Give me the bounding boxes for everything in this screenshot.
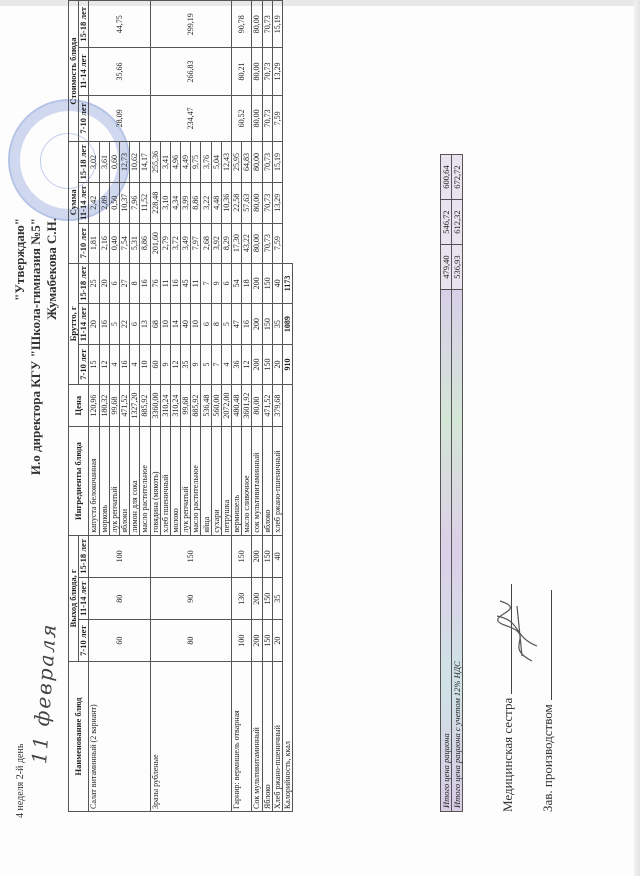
ingredient-name: хлеб ржано-пшеничный (272, 427, 282, 535)
gross-cell: 7 (211, 344, 221, 384)
cost-cell: 234,47 (150, 95, 232, 142)
gross-cell: 6 (221, 263, 231, 304)
gross-cell: 11 (160, 263, 170, 304)
sum-cell: 70,73 (262, 182, 272, 223)
dish-name: Сок мультивитаминный (252, 661, 262, 811)
sum-cell: 0,50 (109, 182, 119, 223)
gross-cell: 16 (119, 344, 129, 384)
totals-table: Итого цена рациона479,40546,72600,64Итог… (440, 154, 463, 812)
yield-cell: 80 (89, 578, 150, 620)
gross-cell: 5 (109, 304, 119, 345)
col-gross-11-14: 11-14 лет (79, 304, 89, 345)
gross-cell: 16 (170, 263, 180, 304)
yield-cell: 20 (272, 620, 282, 662)
price-cell: 310,24 (170, 384, 180, 426)
week-day-label: 4 неделя 2-й день (15, 744, 26, 818)
yield-cell: 200 (252, 578, 262, 620)
gross-cell: 9 (191, 344, 201, 384)
ingredient-name: яблоки (119, 427, 129, 535)
price-cell: 3601,92 (242, 384, 252, 426)
cost-cell: 60,52 (232, 95, 252, 142)
col-sum-group: Сумма (69, 142, 79, 263)
gross-cell: 47 (232, 304, 242, 345)
totals-value: 546,72 (441, 200, 452, 245)
col-ingredients: Ингредиенты блюда (69, 427, 89, 535)
price-cell: 560,00 (211, 384, 221, 426)
handwritten-signature-icon (492, 596, 542, 666)
gross-cell: 35 (181, 344, 191, 384)
col-cost-group: Стоимость блюда (69, 1, 79, 142)
ingredient-name: масло сливочное (242, 427, 252, 535)
ingredient-name: петрушка (221, 427, 231, 535)
yield-cell: 100 (89, 535, 150, 577)
col-yield-11-14: 11-14 лет (79, 578, 89, 620)
sum-cell: 3,99 (181, 182, 191, 223)
sum-cell: 8,86 (140, 223, 150, 263)
sum-cell: 12,43 (221, 142, 231, 183)
price-cell: 120,96 (89, 384, 99, 426)
sum-cell: 3,49 (181, 223, 191, 263)
price-cell: 471,52 (262, 384, 272, 426)
gross-cell: 13 (140, 304, 150, 345)
sum-cell: 0,60 (109, 142, 119, 183)
calories-value: 910 (282, 344, 292, 384)
sum-cell: 3,10 (160, 182, 170, 223)
sum-cell: 255,36 (150, 142, 160, 183)
approval-position: И.о директора КГУ "Школа-гимназия №5" (28, 218, 44, 475)
cost-cell: 44,75 (89, 1, 150, 48)
price-cell: 480,48 (232, 384, 242, 426)
sum-cell: 9,75 (191, 142, 201, 183)
sum-cell: 25,95 (232, 142, 242, 183)
totals-body: Итого цена рациона479,40546,72600,64Итог… (441, 155, 463, 812)
sum-cell: 2,79 (160, 223, 170, 263)
handwritten-date: 11 февраля (27, 622, 61, 765)
price-cell: 1327,20 (130, 384, 140, 426)
sum-cell: 13,29 (272, 182, 282, 223)
gross-cell: 68 (150, 304, 160, 345)
gross-cell: 10 (160, 304, 170, 345)
price-cell: 885,92 (191, 384, 201, 426)
sum-cell: 5,04 (211, 142, 221, 183)
price-cell: 3360,00 (150, 384, 160, 426)
sum-cell: 80,00 (252, 223, 262, 263)
gross-cell: 45 (181, 263, 191, 304)
cost-cell: 266,83 (150, 48, 232, 95)
gross-cell: 54 (232, 263, 242, 304)
price-cell: 80,00 (252, 384, 262, 426)
gross-cell: 7 (201, 263, 211, 304)
col-cost-15-18: 15-18 лет (79, 1, 89, 48)
signature-line (551, 590, 552, 700)
sum-cell: 3,76 (201, 142, 211, 183)
totals-row: Итого цена рациона479,40546,72600,64 (441, 155, 452, 812)
gross-cell: 20 (89, 304, 99, 345)
gross-cell: 16 (99, 304, 109, 345)
col-gross-7-10: 7-10 лет (79, 344, 89, 384)
gross-cell: 10 (140, 344, 150, 384)
ingredient-name: яблоко (262, 427, 272, 535)
approval-title: "Утверждаю" (12, 218, 28, 475)
ingredient-name: капуста белокочанная (89, 427, 99, 535)
yield-cell: 80 (150, 620, 232, 662)
gross-cell: 10 (191, 304, 201, 345)
sum-cell: 12,73 (119, 142, 129, 183)
gross-cell: 15 (89, 344, 99, 384)
sum-cell: 64,83 (242, 142, 252, 183)
ingredient-name: лук репчатый (109, 427, 119, 535)
gross-cell: 9 (160, 344, 170, 384)
cost-cell: 299,19 (150, 1, 232, 48)
sum-cell: 4,96 (170, 142, 180, 183)
gross-cell: 6 (130, 304, 140, 345)
ingredient-name: вермишель (232, 427, 242, 535)
col-yield-group: Выход блюда, г (69, 535, 79, 661)
col-sum-15-18: 15-18 лет (79, 142, 89, 183)
col-cost-11-14: 11-14 лет (79, 48, 89, 95)
gross-cell: 14 (170, 304, 180, 345)
price-cell: 2072,00 (221, 384, 231, 426)
gross-cell: 4 (109, 344, 119, 384)
yield-cell: 100 (232, 620, 252, 662)
manager-signature: Зав. производством (540, 590, 556, 812)
gross-cell: 12 (99, 344, 109, 384)
gross-cell: 6 (201, 304, 211, 345)
menu-table-body: Салат витаминный (2 вариант)6080100капус… (89, 1, 293, 812)
sum-cell: 10,37 (119, 182, 129, 223)
price-cell: 180,32 (99, 384, 109, 426)
approval-block: "Утверждаю" И.о директора КГУ "Школа-гим… (12, 218, 60, 475)
sum-cell: 22,58 (232, 182, 242, 223)
totals-label: Итого цена рациона (441, 290, 452, 812)
yield-cell: 200 (252, 620, 262, 662)
cost-cell: 80,00 (252, 95, 262, 142)
gross-cell: 5 (221, 304, 231, 345)
sum-cell: 10,62 (130, 142, 140, 183)
totals-value: 600,64 (441, 155, 452, 200)
gross-cell: 22 (119, 304, 129, 345)
gross-cell: 16 (140, 263, 150, 304)
gross-cell: 18 (242, 263, 252, 304)
col-dish: Наименование блюд (69, 661, 89, 811)
sum-cell: 10,36 (221, 182, 231, 223)
ingredient-name: яйца (201, 427, 211, 535)
gross-cell: 20 (99, 263, 109, 304)
ingredient-name: хлеб пшеничный (160, 427, 170, 535)
table-row: Яблоко150150150яблоко471,5215015015070,7… (262, 1, 272, 812)
sum-cell: 1,81 (89, 223, 99, 263)
cost-cell: 70,73 (262, 48, 272, 95)
col-yield-15-18: 15-18 лет (79, 535, 89, 577)
yield-cell: 90 (150, 578, 232, 620)
cost-cell: 13,29 (272, 48, 282, 95)
price-cell: 471,52 (119, 384, 129, 426)
sum-cell: 2,16 (99, 223, 109, 263)
table-row: Сок мультивитаминный200200200сок мультив… (252, 1, 262, 812)
table-row: Зразы рубленые8090150говядина (мякоть)33… (150, 1, 160, 812)
ingredient-name: сок мультивитаминный (252, 427, 262, 535)
gross-cell: 27 (119, 263, 129, 304)
calories-value: 1089 (282, 304, 292, 345)
sum-cell: 80,00 (252, 142, 262, 183)
gross-cell: 40 (272, 263, 282, 304)
ingredient-name: масло растительное (191, 427, 201, 535)
dish-name: Яблоко (262, 661, 272, 811)
gross-cell: 5 (201, 344, 211, 384)
approval-name: Жумабекова С.Н. (44, 218, 60, 475)
gross-cell: 35 (272, 304, 282, 345)
gross-cell: 200 (252, 304, 262, 345)
gross-cell: 8 (130, 263, 140, 304)
sum-cell: 0,40 (109, 223, 119, 263)
ingredient-name: сухари (211, 427, 221, 535)
nurse-label: Медицинская сестра (500, 698, 515, 812)
cost-cell: 35,66 (89, 48, 150, 95)
cost-cell: 80,21 (232, 48, 252, 95)
yield-cell: 150 (232, 535, 252, 577)
gross-cell: 4 (130, 344, 140, 384)
col-cost-7-10: 7-10 лет (79, 95, 89, 142)
gross-cell: 150 (262, 263, 272, 304)
table-row: Хлеб ржано-пшеничный203540хлеб ржано-пше… (272, 1, 282, 812)
sum-cell: 4,48 (211, 182, 221, 223)
col-gross-15-18: 15-18 лет (79, 263, 89, 304)
gross-cell: 11 (191, 263, 201, 304)
dish-name: Салат витаминный (2 вариант) (89, 661, 150, 811)
menu-table: Наименование блюд Выход блюда, г Ингреди… (68, 0, 293, 812)
yield-cell: 150 (150, 535, 232, 577)
yield-cell: 150 (262, 620, 272, 662)
yield-cell: 200 (252, 535, 262, 577)
price-cell: 536,48 (201, 384, 211, 426)
sum-cell: 3,02 (89, 142, 99, 183)
ingredient-name: молоко (170, 427, 180, 535)
manager-label: Зав. производством (540, 704, 555, 812)
yield-cell: 150 (262, 578, 272, 620)
sum-cell: 2,89 (99, 182, 109, 223)
price-cell: 99,68 (109, 384, 119, 426)
price-cell: 99,68 (181, 384, 191, 426)
totals-value: 536,93 (452, 245, 463, 290)
dish-name: Зразы рубленые (150, 661, 232, 811)
col-yield-7-10: 7-10 лет (79, 620, 89, 662)
yield-cell: 35 (272, 578, 282, 620)
sum-cell: 11,52 (140, 182, 150, 223)
yield-cell: 130 (232, 578, 252, 620)
table-row: Салат витаминный (2 вариант)6080100капус… (89, 1, 99, 812)
empty-cell (282, 1, 292, 264)
sum-cell: 57,63 (242, 182, 252, 223)
gross-cell: 150 (262, 344, 272, 384)
gross-cell: 9 (211, 263, 221, 304)
totals-label: Итого цена рациона с учетом 12% НДС (452, 290, 463, 812)
sum-cell: 201,60 (150, 223, 160, 263)
sum-cell: 8,29 (221, 223, 231, 263)
sum-cell: 7,96 (130, 182, 140, 223)
totals-value: 479,40 (441, 245, 452, 290)
dish-name: Гарнир: вермишель отварная (232, 661, 252, 811)
totals-value: 672,72 (452, 155, 463, 200)
gross-cell: 76 (150, 263, 160, 304)
sum-cell: 15,19 (272, 142, 282, 183)
ingredient-name: масло растительное (140, 427, 150, 535)
sum-cell: 80,00 (252, 182, 262, 223)
sum-cell: 7,59 (272, 223, 282, 263)
sum-cell: 17,30 (232, 223, 242, 263)
cost-cell: 80,00 (252, 1, 262, 48)
price-cell: 310,24 (160, 384, 170, 426)
cost-cell: 7,59 (272, 95, 282, 142)
header-row-1: Наименование блюд Выход блюда, г Ингреди… (69, 1, 79, 812)
gross-cell: 40 (181, 304, 191, 345)
sum-cell: 2,42 (89, 182, 99, 223)
sum-cell: 4,34 (170, 182, 180, 223)
gross-cell: 25 (89, 263, 99, 304)
cost-cell: 90,78 (232, 1, 252, 48)
gross-cell: 4 (221, 344, 231, 384)
totals-value: 612,32 (452, 200, 463, 245)
sum-cell: 4,49 (181, 142, 191, 183)
sum-cell: 2,68 (201, 223, 211, 263)
sum-cell: 228,48 (150, 182, 160, 223)
col-price: Цена (69, 384, 89, 426)
ingredient-name: морковь (99, 427, 109, 535)
col-gross-group: Брутто, г (69, 263, 79, 384)
sum-cell: 3,61 (99, 142, 109, 183)
gross-cell: 200 (252, 344, 262, 384)
gross-cell: 16 (242, 304, 252, 345)
sum-cell: 7,54 (119, 223, 129, 263)
price-cell: 379,68 (272, 384, 282, 426)
sum-cell: 14,17 (140, 142, 150, 183)
yield-cell: 60 (89, 620, 150, 662)
cost-cell: 15,19 (272, 1, 282, 48)
sum-cell: 3,41 (160, 142, 170, 183)
calories-label: Калорийность, ккал (282, 384, 292, 811)
col-sum-7-10: 7-10 лет (79, 223, 89, 263)
calories-value: 1173 (282, 263, 292, 304)
gross-cell: 12 (170, 344, 180, 384)
price-cell: 885,92 (140, 384, 150, 426)
col-sum-11-14: 11-14 лет (79, 182, 89, 223)
sum-cell: 3,92 (211, 223, 221, 263)
cost-cell: 28,09 (89, 95, 150, 142)
totals-row: Итого цена рациона с учетом 12% НДС536,9… (452, 155, 463, 812)
calories-row: Калорийность, ккал91010891173 (282, 1, 292, 812)
ingredient-name: лук репчатый (181, 427, 191, 535)
cost-cell: 70,73 (262, 1, 272, 48)
ingredient-name: говядина (мякоть) (150, 427, 160, 535)
cost-cell: 70,73 (262, 95, 272, 142)
ingredient-name: лимон для сока (130, 427, 140, 535)
gross-cell: 20 (272, 344, 282, 384)
yield-cell: 40 (272, 535, 282, 577)
sum-cell: 3,22 (201, 182, 211, 223)
gross-cell: 8 (211, 304, 221, 345)
gross-cell: 60 (150, 344, 160, 384)
gross-cell: 12 (242, 344, 252, 384)
yield-cell: 150 (262, 535, 272, 577)
sum-cell: 5,31 (130, 223, 140, 263)
gross-cell: 150 (262, 304, 272, 345)
sum-cell: 8,86 (191, 182, 201, 223)
sum-cell: 7,97 (191, 223, 201, 263)
sum-cell: 43,22 (242, 223, 252, 263)
gross-cell: 6 (109, 263, 119, 304)
table-row: Гарнир: вермишель отварная100130150верми… (232, 1, 242, 812)
gross-cell: 36 (232, 344, 242, 384)
dish-name: Хлеб ржано-пшеничный (272, 661, 282, 811)
rotated-document-page: "Утверждаю" И.о директора КГУ "Школа-гим… (0, 0, 640, 876)
sum-cell: 3,72 (170, 223, 180, 263)
cost-cell: 80,00 (252, 48, 262, 95)
sum-cell: 70,73 (262, 142, 272, 183)
sum-cell: 70,73 (262, 223, 272, 263)
gross-cell: 200 (252, 263, 262, 304)
